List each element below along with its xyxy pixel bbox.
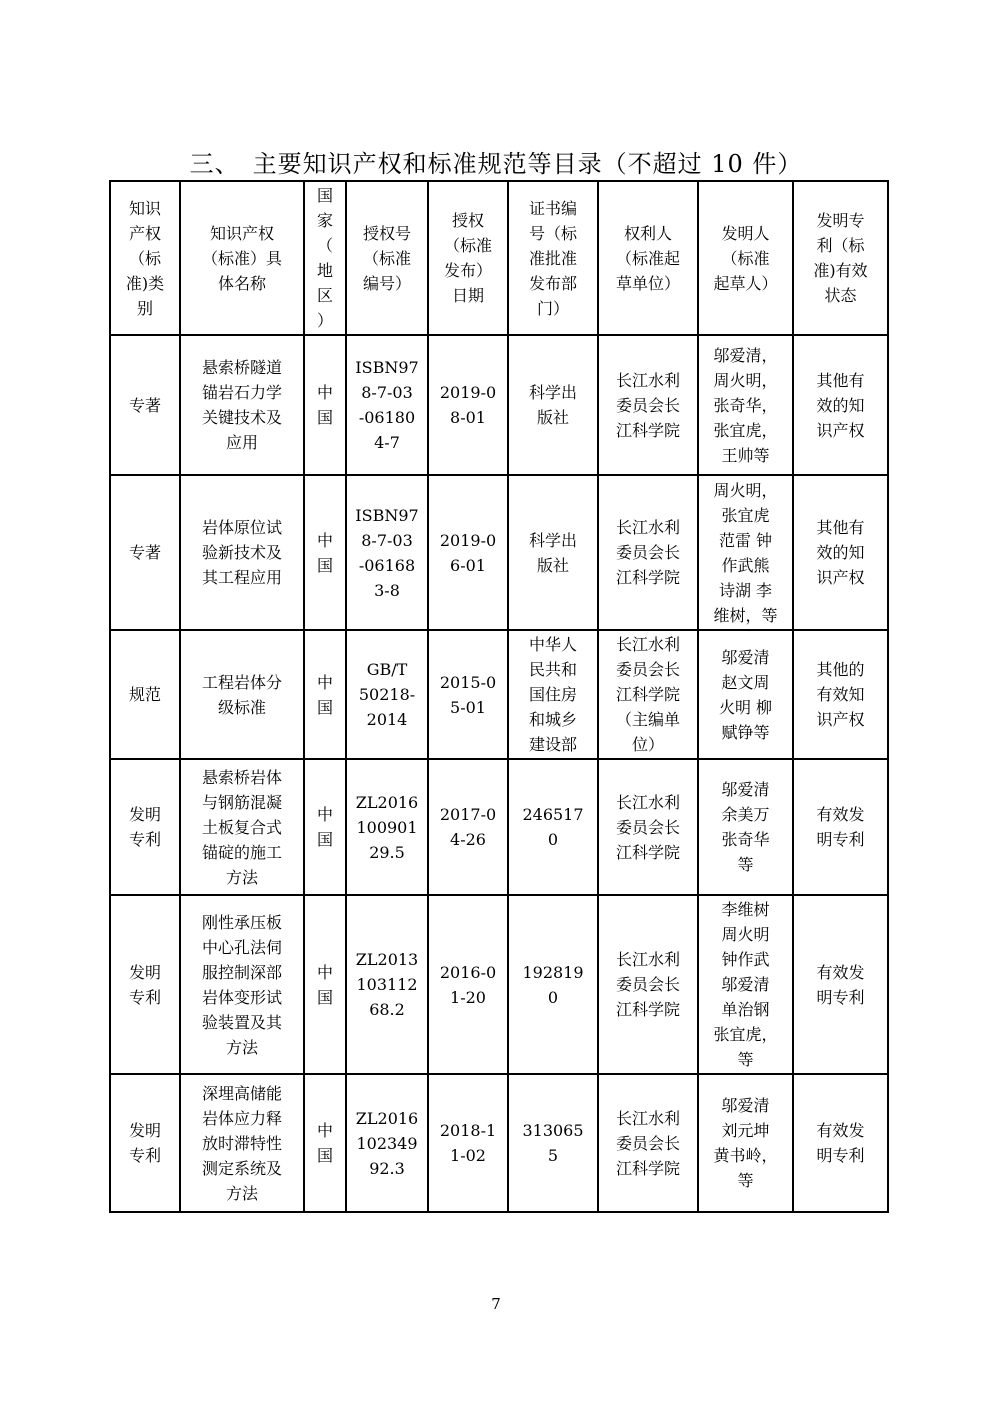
cell-rights-holder: 长江水利 委员会长 江科学院 [598, 759, 698, 895]
cell-cert-number: 中华人 民共和 国住房 和城乡 建设部 [508, 630, 598, 759]
header-cert-number: 证书编 号（标 准批准 发布部 门） [508, 181, 598, 335]
cell-status: 有效发 明专利 [793, 759, 888, 895]
header-grant-date: 授权 （标准 发布） 日期 [428, 181, 508, 335]
cell-status: 有效发 明专利 [793, 895, 888, 1074]
cell-grant-date: 2016-0 1-20 [428, 895, 508, 1074]
cell-ip-name: 深埋高储能 岩体应力释 放时滞特性 测定系统及 方法 [180, 1074, 304, 1212]
ip-table: 知识 产权 （标 准)类 别 知识产权 （标准）具 体名称 国 家 （ 地 区 … [109, 180, 889, 1213]
cell-grant-date: 2019-0 6-01 [428, 475, 508, 630]
cell-ip-name: 悬索桥岩体 与钢筋混凝 土板复合式 锚碇的施工 方法 [180, 759, 304, 895]
cell-grant-number: ZL2016 100901 29.5 [346, 759, 428, 895]
cell-country: 中 国 [304, 895, 346, 1074]
cell-status: 其他有 效的知 识产权 [793, 335, 888, 475]
cell-cert-number: 科学出 版社 [508, 335, 598, 475]
cell-inventor: 邬爱清， 周火明， 张奇华， 张宜虎， 王帅等 [698, 335, 793, 475]
cell-country: 中 国 [304, 475, 346, 630]
cell-status: 有效发 明专利 [793, 1074, 888, 1212]
cell-ip-type: 专著 [110, 475, 180, 630]
cell-ip-type: 发明 专利 [110, 895, 180, 1074]
cell-ip-name: 工程岩体分 级标准 [180, 630, 304, 759]
cell-ip-name: 岩体原位试 验新技术及 其工程应用 [180, 475, 304, 630]
header-country: 国 家 （ 地 区 ） [304, 181, 346, 335]
cell-grant-number: ZL2013 103112 68.2 [346, 895, 428, 1074]
cell-ip-type: 发明 专利 [110, 759, 180, 895]
cell-grant-number: ISBN97 8-7-03 -06168 3-8 [346, 475, 428, 630]
cell-rights-holder: 长江水利 委员会长 江科学院 [598, 475, 698, 630]
cell-rights-holder: 长江水利 委员会长 江科学院 [598, 895, 698, 1074]
cell-cert-number: 313065 5 [508, 1074, 598, 1212]
cell-cert-number: 科学出 版社 [508, 475, 598, 630]
cell-inventor: 李维树 周火明 钟作武 邬爱清 单治钢 张宜虎， 等 [698, 895, 793, 1074]
table-row: 专著 岩体原位试 验新技术及 其工程应用 中 国 ISBN97 8-7-03 -… [110, 475, 888, 630]
cell-ip-name: 悬索桥隧道 锚岩石力学 关键技术及 应用 [180, 335, 304, 475]
header-ip-type: 知识 产权 （标 准)类 别 [110, 181, 180, 335]
cell-status: 其他有 效的知 识产权 [793, 475, 888, 630]
page-number: 7 [0, 1295, 992, 1313]
cell-ip-type: 发明 专利 [110, 1074, 180, 1212]
header-grant-number: 授权号 （标准 编号） [346, 181, 428, 335]
cell-ip-type: 专著 [110, 335, 180, 475]
cell-country: 中 国 [304, 1074, 346, 1212]
header-row: 知识 产权 （标 准)类 别 知识产权 （标准）具 体名称 国 家 （ 地 区 … [110, 181, 888, 335]
cell-cert-number: 246517 0 [508, 759, 598, 895]
header-status: 发明专 利（标 准)有效 状态 [793, 181, 888, 335]
cell-inventor: 邬爱清 余美万 张奇华 等 [698, 759, 793, 895]
table-row: 发明 专利 深埋高储能 岩体应力释 放时滞特性 测定系统及 方法 中 国 ZL2… [110, 1074, 888, 1212]
cell-grant-number: GB/T 50218- 2014 [346, 630, 428, 759]
page-title: 三、 主要知识产权和标准规范等目录（不超过 10 件） [0, 144, 992, 179]
cell-grant-date: 2018-1 1-02 [428, 1074, 508, 1212]
table-row: 规范 工程岩体分 级标准 中 国 GB/T 50218- 2014 2015-0… [110, 630, 888, 759]
cell-inventor: 邬爱清 刘元坤 黄书岭， 等 [698, 1074, 793, 1212]
cell-grant-date: 2015-0 5-01 [428, 630, 508, 759]
cell-grant-date: 2017-0 4-26 [428, 759, 508, 895]
cell-rights-holder: 长江水利 委员会长 江科学院 （主编单 位） [598, 630, 698, 759]
table-row: 专著 悬索桥隧道 锚岩石力学 关键技术及 应用 中 国 ISBN97 8-7-0… [110, 335, 888, 475]
header-rights-holder: 权利人 （标准起 草单位） [598, 181, 698, 335]
header-inventor: 发明人 （标准 起草人） [698, 181, 793, 335]
cell-inventor: 邬爱清 赵文周 火明 柳 赋铮等 [698, 630, 793, 759]
document-page: 三、 主要知识产权和标准规范等目录（不超过 10 件） 知识 产权 （标 准)类… [0, 0, 992, 1403]
header-ip-name: 知识产权 （标准）具 体名称 [180, 181, 304, 335]
cell-cert-number: 192819 0 [508, 895, 598, 1074]
cell-ip-name: 刚性承压板 中心孔法伺 服控制深部 岩体变形试 验装置及其 方法 [180, 895, 304, 1074]
cell-ip-type: 规范 [110, 630, 180, 759]
cell-inventor: 周火明， 张宜虎 范雷 钟 作武熊 诗湖 李 维树，等 [698, 475, 793, 630]
cell-grant-date: 2019-0 8-01 [428, 335, 508, 475]
cell-rights-holder: 长江水利 委员会长 江科学院 [598, 335, 698, 475]
cell-country: 中 国 [304, 335, 346, 475]
table-row: 发明 专利 悬索桥岩体 与钢筋混凝 土板复合式 锚碇的施工 方法 中 国 ZL2… [110, 759, 888, 895]
table-row: 发明 专利 刚性承压板 中心孔法伺 服控制深部 岩体变形试 验装置及其 方法 中… [110, 895, 888, 1074]
cell-grant-number: ZL2016 102349 92.3 [346, 1074, 428, 1212]
cell-status: 其他的 有效知 识产权 [793, 630, 888, 759]
cell-country: 中 国 [304, 630, 346, 759]
cell-grant-number: ISBN97 8-7-03 -06180 4-7 [346, 335, 428, 475]
cell-country: 中 国 [304, 759, 346, 895]
cell-rights-holder: 长江水利 委员会长 江科学院 [598, 1074, 698, 1212]
